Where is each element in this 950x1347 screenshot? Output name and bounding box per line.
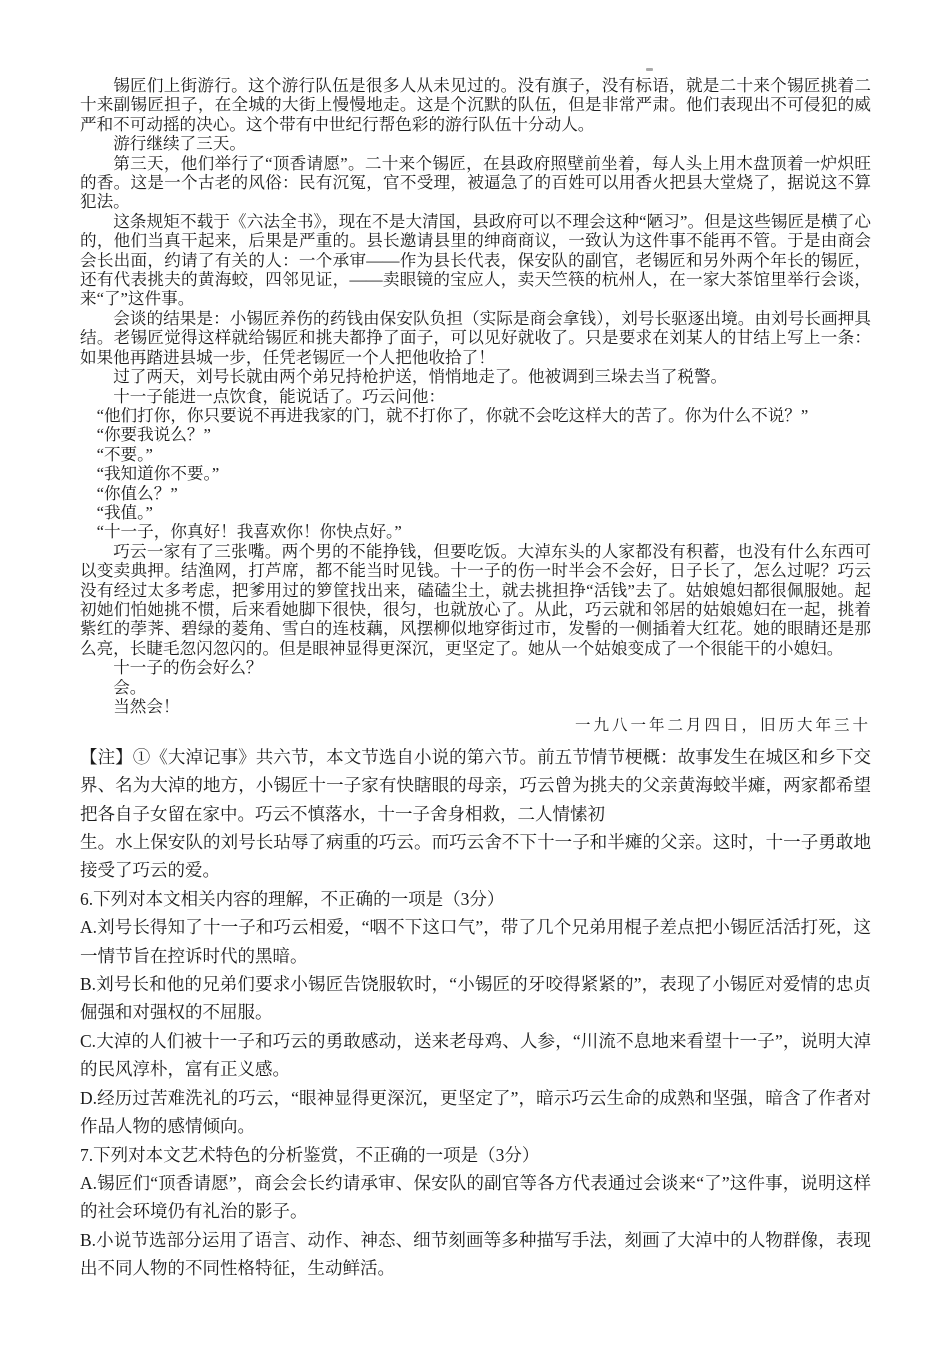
dialogue-line: “你要我说么？” <box>80 425 871 444</box>
note-text-continued: 生。水上保安队的刘号长玷辱了病重的巧云。而巧云舍不下十一子和半瘫的父亲。这时，十… <box>80 828 871 885</box>
note-text: 【注】①《大淖记事》共六节，本文节选自小说的第六节。前五节情节梗概：故事发生在城… <box>80 743 871 828</box>
question-6-option-a: A.刘号长得知了十一子和巧云相爱，“咽不下这口气”，带了几个兄弟用棍子差点把小锡… <box>80 913 871 970</box>
question-7-option-b: B.小说节选部分运用了语言、动作、神态、细节刻画等多种描写手法，刻画了大淖中的人… <box>80 1226 871 1283</box>
excerpt-paragraph: 这条规矩不载于《六法全书》，现在不是大清国，县政府可以不理会这种“陋习”。但是这… <box>80 212 871 309</box>
excerpt-paragraph: 过了两天，刘号长就由两个弟兄持枪护送，悄悄地走了。他被调到三垛去当了税警。 <box>80 367 871 386</box>
excerpt-paragraph: 十一子能进一点饮食，能说话了。巧云问他： <box>80 387 871 406</box>
excerpt-paragraph: 当然会！ <box>80 697 871 716</box>
document-page: 锡匠们上街游行。这个游行队伍是很多人从未见过的。没有旗子，没有标语，就是二十来个… <box>0 0 950 1347</box>
excerpt-paragraph: 十一子的伤会好么？ <box>80 658 871 677</box>
excerpt-paragraph: 第三天，他们举行了“顶香请愿”。二十来个锡匠，在县政府照壁前坐着，每人头上用木盘… <box>80 154 871 212</box>
excerpt-paragraph: 会。 <box>80 678 871 697</box>
dialogue-line: “不要。” <box>80 445 871 464</box>
question-7-option-a: A.锡匠们“顶香请愿”，商会会长约请承审、保安队的副官等各方代表通过会谈来“了”… <box>80 1169 871 1226</box>
question-6-option-c: C.大淖的人们被十一子和巧云的勇敢感动，送来老母鸡、人参，“川流不息地来看望十一… <box>80 1027 871 1084</box>
questions-section: 6.下列对本文相关内容的理解，不正确的一项是（3分） A.刘号长得知了十一子和巧… <box>80 885 871 1283</box>
question-7-stem: 7.下列对本文艺术特色的分析鉴赏，不正确的一项是（3分） <box>80 1141 871 1169</box>
dialogue-line: “你值么？” <box>80 484 871 503</box>
novel-excerpt: 锡匠们上街游行。这个游行队伍是很多人从未见过的。没有旗子，没有标语，就是二十来个… <box>80 76 871 736</box>
dateline: 一九八一年二月四日，旧历大年三十 <box>80 716 871 735</box>
dialogue-line: “我知道你不要。” <box>80 464 871 483</box>
dialogue-line: “他们打你，你只要说不再进我家的门，就不打你了，你就不会吃这样大的苦了。你为什么… <box>80 406 871 425</box>
excerpt-paragraph: 会谈的结果是：小锡匠养伤的药钱由保安队负担（实际是商会拿钱），刘号长驱逐出境。由… <box>80 309 871 367</box>
question-6-stem: 6.下列对本文相关内容的理解，不正确的一项是（3分） <box>80 885 871 913</box>
excerpt-paragraph: 游行继续了三天。 <box>80 134 871 153</box>
excerpt-paragraph: 锡匠们上街游行。这个游行队伍是很多人从未见过的。没有旗子，没有标语，就是二十来个… <box>80 76 871 134</box>
question-6-option-b: B.刘号长和他的兄弟们要求小锡匠告饶服软时，“小锡匠的牙咬得紧紧的”，表现了小锡… <box>80 970 871 1027</box>
annotation-note: 【注】①《大淖记事》共六节，本文节选自小说的第六节。前五节情节梗概：故事发生在城… <box>80 743 871 885</box>
question-6-option-d: D.经历过苦难洗礼的巧云，“眼神显得更深沉，更坚定了”，暗示巧云生命的成熟和坚强… <box>80 1084 871 1141</box>
dialogue-line: “我值。” <box>80 503 871 522</box>
excerpt-paragraph: 巧云一家有了三张嘴。两个男的不能挣钱，但要吃饭。大淖东头的人家都没有积蓄，也没有… <box>80 542 871 658</box>
scan-smudge-mark <box>646 68 653 71</box>
dialogue-line: “十一子，你真好！我喜欢你！你快点好。” <box>80 522 871 541</box>
